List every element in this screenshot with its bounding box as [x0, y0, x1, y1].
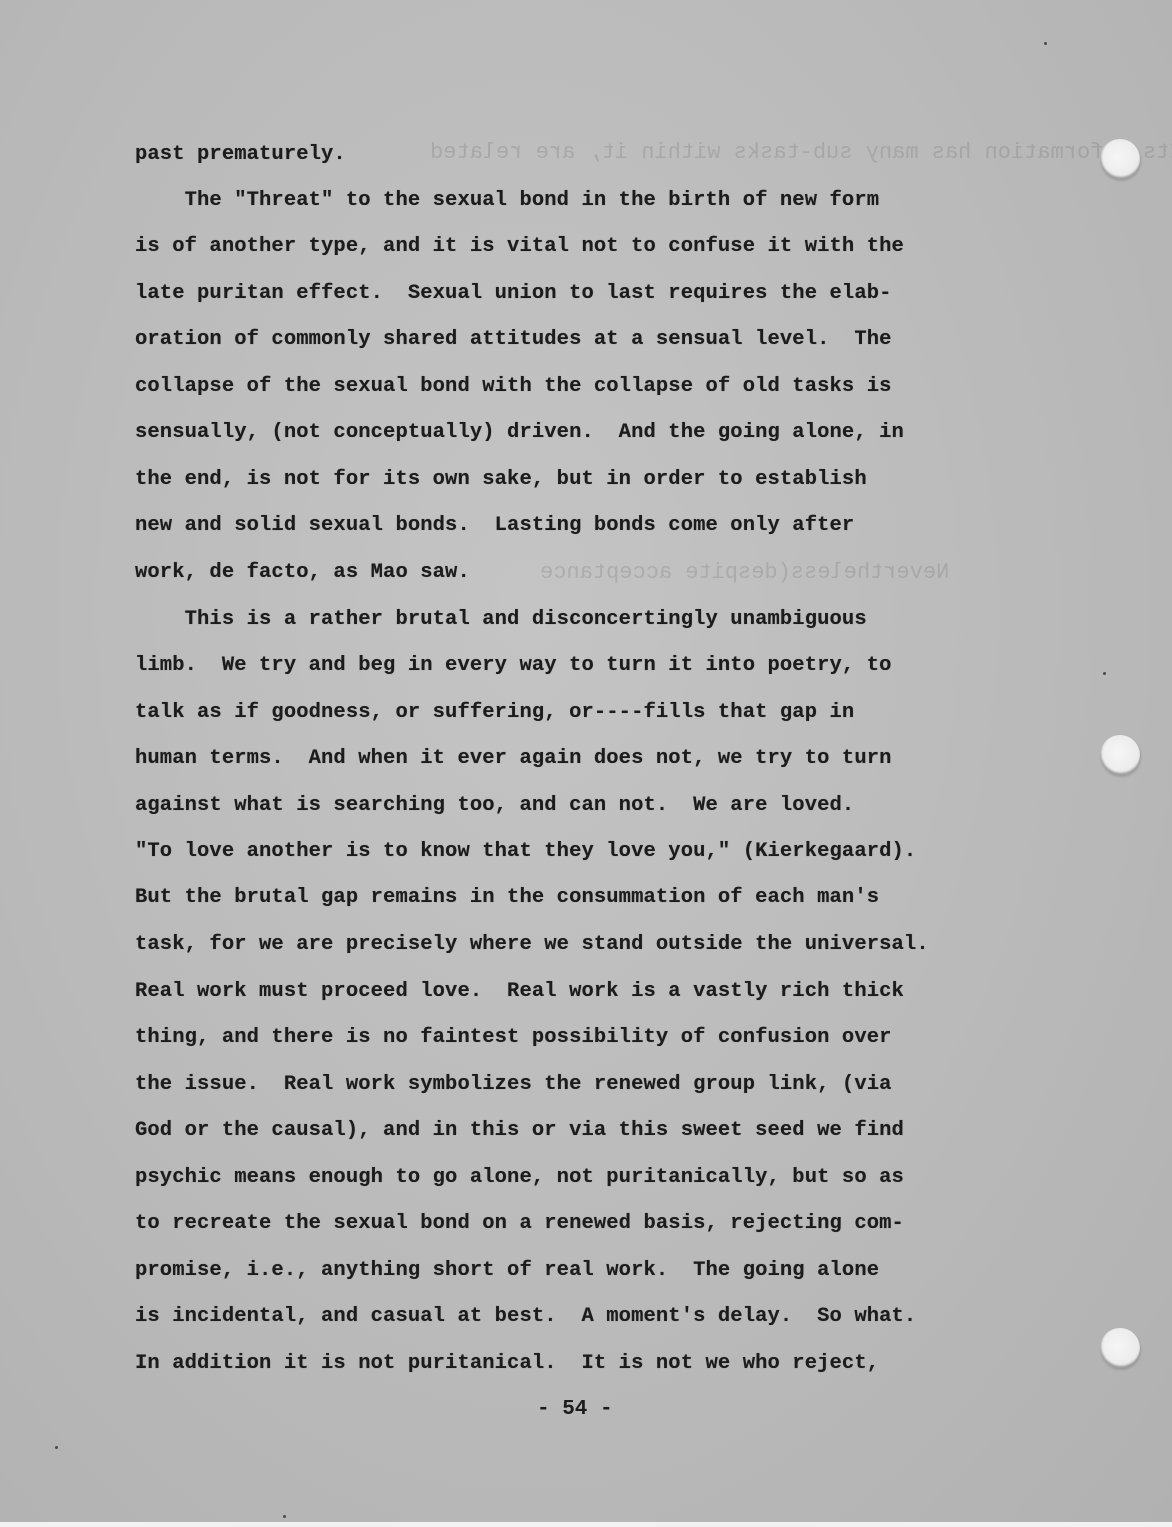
punch-hole-icon-middle: [1100, 735, 1140, 775]
punch-hole-icon-bottom: [1100, 1328, 1140, 1368]
text-line: "To love another is to know that they lo…: [135, 837, 916, 867]
text-line: against what is searching too, and can n…: [135, 791, 854, 821]
page-number: - 54 -: [537, 1398, 613, 1421]
paper-speck: [55, 1446, 58, 1449]
text-line: But the brutal gap remains in the consum…: [135, 883, 879, 913]
text-line: psychic means enough to go alone, not pu…: [135, 1163, 904, 1193]
text-line: talk as if goodness, or suffering, or---…: [135, 698, 854, 728]
text-line: limb. We try and beg in every way to tur…: [135, 651, 892, 681]
punch-hole-icon-top: [1100, 139, 1140, 179]
text-line: to recreate the sexual bond on a renewed…: [135, 1209, 904, 1239]
text-line: new and solid sexual bonds. Lasting bond…: [135, 511, 854, 541]
text-line: God or the causal), and in this or via t…: [135, 1116, 904, 1146]
text-line: the issue. Real work symbolizes the rene…: [135, 1070, 892, 1100]
text-line: This is a rather brutal and disconcertin…: [135, 605, 867, 635]
text-line: thing, and there is no faintest possibil…: [135, 1023, 892, 1053]
paper-speck: [283, 1515, 286, 1518]
text-line: is incidental, and casual at best. A mom…: [135, 1302, 916, 1332]
text-line: task, for we are precisely where we stan…: [135, 930, 929, 960]
text-line: sensually, (not conceptually) driven. An…: [135, 418, 904, 448]
paper-speck: [1103, 672, 1106, 675]
text-line: Real work must proceed love. Real work i…: [135, 977, 904, 1007]
scan-edge: [0, 1522, 1172, 1527]
paper-speck: [1044, 42, 1047, 45]
bleed-through-text-mid: Nevertheless(despite acceptance: [540, 560, 949, 585]
text-line: is of another type, and it is vital not …: [135, 232, 904, 262]
bleed-through-text-top: Its reformation has many sub-tasks withi…: [430, 140, 1172, 165]
text-line: work, de facto, as Mao saw.: [135, 558, 470, 588]
text-line: collapse of the sexual bond with the col…: [135, 372, 892, 402]
scanned-page: Its reformation has many sub-tasks withi…: [0, 0, 1172, 1523]
text-line: late puritan effect. Sexual union to las…: [135, 279, 892, 309]
text-line: oration of commonly shared attitudes at …: [135, 325, 892, 355]
text-line: the end, is not for its own sake, but in…: [135, 465, 867, 495]
text-line: promise, i.e., anything short of real wo…: [135, 1256, 879, 1286]
text-line: The "Threat" to the sexual bond in the b…: [135, 186, 879, 216]
text-line: In addition it is not puritanical. It is…: [135, 1349, 879, 1379]
text-line: human terms. And when it ever again does…: [135, 744, 892, 774]
text-line: past prematurely.: [135, 140, 346, 170]
